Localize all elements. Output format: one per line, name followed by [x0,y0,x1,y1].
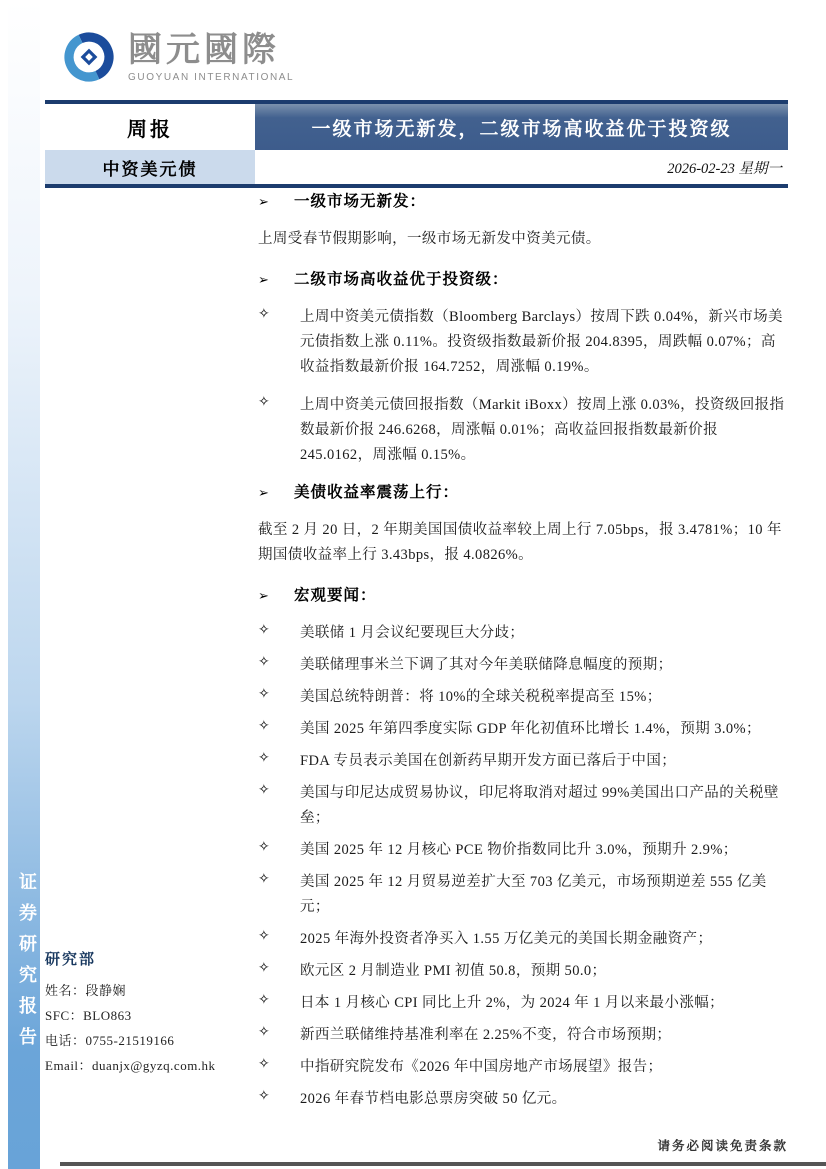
research-dept-heading: 研究部 [45,948,250,969]
bullet-text: 美国 2025 年第四季度实际 GDP 年化初值环比增长 1.4%，预期 3.0… [300,717,790,742]
header-bottom-rule [45,184,788,188]
section-heading: ➢ 二级市场高收益优于投资级： [258,268,790,293]
section-macro-news: ➢ 宏观要闻： ✧ 美联储 1 月会议纪要现巨大分歧； ✧ 美联储理事米兰下调了… [258,584,790,1112]
report-header: 周报 一级市场无新发，二级市场高收益优于投资级 中资美元债 2026-02-23… [45,100,788,188]
diamond-bullet-icon: ✧ [258,1023,300,1048]
bullet-item: ✧ 欧元区 2 月制造业 PMI 初值 50.8，预期 50.0； [258,959,790,984]
contact-phone-row: 电话：0755-21519166 [45,1028,250,1053]
section-primary-market: ➢ 一级市场无新发： 上周受春节假期影响，一级市场无新发中资美元债。 [258,190,790,252]
bullet-item: ✧ 美国 2025 年第四季度实际 GDP 年化初值环比增长 1.4%，预期 3… [258,717,790,742]
bullet-item: ✧ 2026 年春节档电影总票房突破 50 亿元。 [258,1087,790,1112]
bullet-text: 上周中资美元债回报指数（Markit iBoxx）按周上涨 0.03%，投资级回… [300,393,790,468]
report-date: 2026-02-23 星期一 [667,157,782,178]
header-row-2: 中资美元债 2026-02-23 星期一 [45,150,788,184]
left-gradient-bar: 证券研究报告 [8,0,40,1169]
vertical-report-category: 证券研究报告 [8,872,40,1058]
paragraph: 上周受春节假期影响，一级市场无新发中资美元债。 [258,227,790,252]
section-secondary-market: ➢ 二级市场高收益优于投资级： ✧ 上周中资美元债指数（Bloomberg Ba… [258,268,790,468]
bullet-item: ✧ 美国 2025 年 12 月贸易逆差扩大至 703 亿美元，市场预期逆差 5… [258,870,790,920]
diamond-bullet-icon: ✧ [258,870,300,920]
diamond-bullet-icon: ✧ [258,717,300,742]
main-content: ➢ 一级市场无新发： 上周受春节假期影响，一级市场无新发中资美元债。 ➢ 二级市… [258,190,790,1119]
section-heading: ➢ 美债收益率震荡上行： [258,481,790,506]
guoyuan-logo-icon [62,30,116,89]
section-heading-text: 宏观要闻： [294,584,377,609]
disclaimer-note: 请务必阅读免责条款 [657,1136,788,1154]
diamond-bullet-icon: ✧ [258,621,300,646]
report-title: 一级市场无新发，二级市场高收益优于投资级 [311,114,731,141]
bullet-item: ✧ 中指研究院发布《2026 年中国房地产市场展望》报告； [258,1055,790,1080]
bullet-text: 美国 2025 年 12 月贸易逆差扩大至 703 亿美元，市场预期逆差 555… [300,870,790,920]
diamond-bullet-icon: ✧ [258,959,300,984]
diamond-bullet-icon: ✧ [258,838,300,863]
bullet-text: 欧元区 2 月制造业 PMI 初值 50.8，预期 50.0； [300,959,790,984]
logo-name-cn: 國元國際 [128,30,294,70]
bullet-text: 美国总统特朗普：将 10%的全球关税税率提高至 15%； [300,685,790,710]
contact-block: 研究部 姓名：段静娴 SFC：BLO863 电话：0755-21519166 E… [45,948,250,1078]
category-label: 中资美元债 [103,155,198,180]
bullet-text: 2026 年春节档电影总票房突破 50 亿元。 [300,1087,790,1112]
bullet-item: ✧ 2025 年海外投资者净买入 1.55 万亿美元的美国长期金融资产； [258,927,790,952]
page-bottom-rule [60,1162,826,1166]
contact-email-row: Email：duanjx@gyzq.com.hk [45,1053,250,1078]
bullet-item: ✧ 新西兰联储维持基准利率在 2.25%不变，符合市场预期； [258,1023,790,1048]
arrow-bullet-icon: ➢ [258,268,294,293]
logo-text: 國元國際 GUOYUAN INTERNATIONAL [128,30,294,83]
diamond-bullet-icon: ✧ [258,927,300,952]
report-type-cell: 周报 [45,104,255,150]
section-heading: ➢ 宏观要闻： [258,584,790,609]
bullet-item: ✧ 日本 1 月核心 CPI 同比上升 2%，为 2024 年 1 月以来最小涨… [258,991,790,1016]
arrow-bullet-icon: ➢ [258,190,294,215]
section-heading-text: 美债收益率震荡上行： [294,481,459,506]
bullet-text: 中指研究院发布《2026 年中国房地产市场展望》报告； [300,1055,790,1080]
bullet-text: 上周中资美元债指数（Bloomberg Barclays）按周下跌 0.04%，… [300,305,790,380]
arrow-bullet-icon: ➢ [258,584,294,609]
header-row-1: 周报 一级市场无新发，二级市场高收益优于投资级 [45,104,788,150]
company-logo: 國元國際 GUOYUAN INTERNATIONAL [62,30,294,89]
bullet-item: ✧ 上周中资美元债指数（Bloomberg Barclays）按周下跌 0.04… [258,305,790,380]
category-cell: 中资美元债 [45,150,255,184]
logo-name-en: GUOYUAN INTERNATIONAL [128,72,294,83]
bullet-text: 2025 年海外投资者净买入 1.55 万亿美元的美国长期金融资产； [300,927,790,952]
section-heading: ➢ 一级市场无新发： [258,190,790,215]
bullet-text: 日本 1 月核心 CPI 同比上升 2%，为 2024 年 1 月以来最小涨幅； [300,991,790,1016]
contact-sfc-row: SFC：BLO863 [45,1003,250,1028]
contact-name-row: 姓名：段静娴 [45,978,250,1003]
bullet-text: FDA 专员表示美国在创新药早期开发方面已落后于中国； [300,749,790,774]
bullet-text: 新西兰联储维持基准利率在 2.25%不变，符合市场预期； [300,1023,790,1048]
diamond-bullet-icon: ✧ [258,781,300,831]
arrow-bullet-icon: ➢ [258,481,294,506]
section-heading-text: 一级市场无新发： [294,190,426,215]
diamond-bullet-icon: ✧ [258,749,300,774]
bullet-item: ✧ 美国 2025 年 12 月核心 PCE 物价指数同比升 3.0%，预期升 … [258,838,790,863]
diamond-bullet-icon: ✧ [258,991,300,1016]
bullet-item: ✧ 美联储理事米兰下调了其对今年美联储降息幅度的预期； [258,653,790,678]
bullet-text: 美联储理事米兰下调了其对今年美联储降息幅度的预期； [300,653,790,678]
bullet-item: ✧ FDA 专员表示美国在创新药早期开发方面已落后于中国； [258,749,790,774]
report-title-bar: 一级市场无新发，二级市场高收益优于投资级 [255,104,788,150]
bullet-text: 美国与印尼达成贸易协议，印尼将取消对超过 99%美国出口产品的关税壁垒； [300,781,790,831]
diamond-bullet-icon: ✧ [258,653,300,678]
report-page: { "logo": { "name_cn": "國元國際", "name_en"… [0,0,826,1169]
section-heading-text: 二级市场高收益优于投资级： [294,268,509,293]
bullet-text: 美联储 1 月会议纪要现巨大分歧； [300,621,790,646]
bullet-text: 美国 2025 年 12 月核心 PCE 物价指数同比升 3.0%，预期升 2.… [300,838,790,863]
diamond-bullet-icon: ✧ [258,393,300,468]
bullet-item: ✧ 上周中资美元债回报指数（Markit iBoxx）按周上涨 0.03%，投资… [258,393,790,468]
section-treasury-yields: ➢ 美债收益率震荡上行： 截至 2 月 20 日，2 年期美国国债收益率较上周上… [258,481,790,568]
report-type-label: 周报 [127,113,173,142]
paragraph: 截至 2 月 20 日，2 年期美国国债收益率较上周上行 7.05bps，报 3… [258,518,790,568]
diamond-bullet-icon: ✧ [258,305,300,380]
bullet-item: ✧ 美联储 1 月会议纪要现巨大分歧； [258,621,790,646]
diamond-bullet-icon: ✧ [258,685,300,710]
bullet-item: ✧ 美国总统特朗普：将 10%的全球关税税率提高至 15%； [258,685,790,710]
bullet-item: ✧ 美国与印尼达成贸易协议，印尼将取消对超过 99%美国出口产品的关税壁垒； [258,781,790,831]
diamond-bullet-icon: ✧ [258,1087,300,1112]
diamond-bullet-icon: ✧ [258,1055,300,1080]
date-cell: 2026-02-23 星期一 [255,150,788,184]
